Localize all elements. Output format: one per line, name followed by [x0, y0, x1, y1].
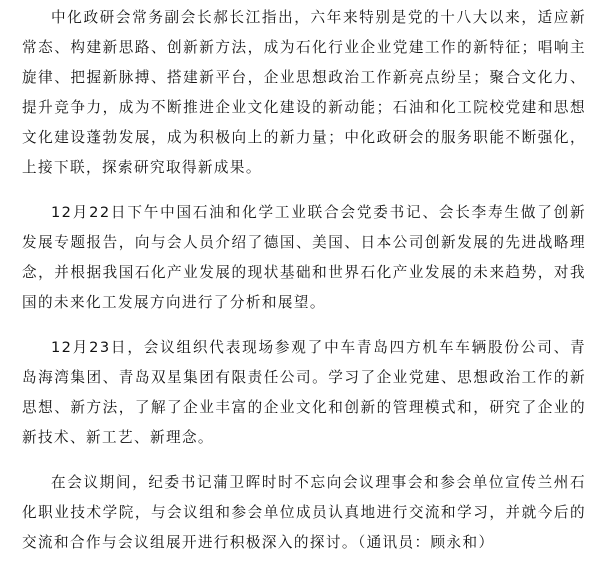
- paragraph-speech-summary: 中化政研会常务副会长郝长江指出，六年来特别是党的十八大以来，适应新常态、构建新思…: [22, 3, 586, 183]
- article-body: 中化政研会常务副会长郝长江指出，六年来特别是党的十八大以来，适应新常态、构建新思…: [22, 3, 586, 497]
- paragraph-dec23-visit: 12月23日，会议组织代表现场参观了中车青岛四方机车车辆股份公司、青岛海湾集团、…: [22, 333, 586, 453]
- paragraph-exchange-byline: 在会议期间，纪委书记蒲卫晖时时不忘向会议理事会和参会单位宣传兰州石化职业技术学院…: [22, 468, 586, 497]
- paragraph-dec22-report: 12月22日下午中国石油和化学工业联合会党委书记、会长李寿生做了创新发展专题报告…: [22, 198, 586, 318]
